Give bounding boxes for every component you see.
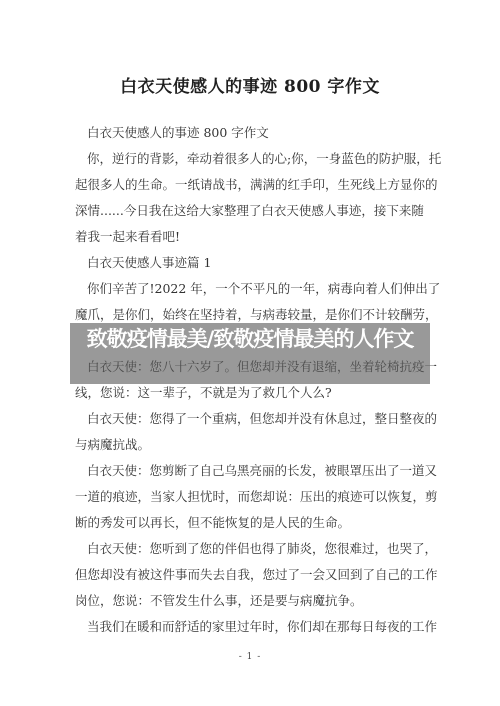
page-title: 白衣天使感人的事迹 800 字作文 — [0, 72, 500, 97]
watermark-banner-text: 致敬疫情最美/致敬疫情最美的人作文 — [70, 326, 430, 353]
doc-line: 岗位，您说：不管发生什么事，还是要与病魔抗争。 — [75, 588, 425, 614]
page-number: - 1 - — [0, 652, 500, 662]
doc-line: 起很多人的生命。一纸请战书，满满的红手印，生死线上方显你的 — [75, 172, 425, 198]
doc-line: 你们辛苦了!2022 年，一个不平凡的一年，病毒向着人们伸出了 — [75, 276, 425, 302]
doc-line: 着我一起来看看吧! — [75, 224, 425, 250]
doc-line: 深情......今日我在这给大家整理了白衣天使感人事迹，接下来随 — [75, 198, 425, 224]
doc-line: 断的秀发可以再长，但不能恢复的是人民的生命。 — [75, 510, 425, 536]
document-page: 白衣天使感人的事迹 800 字作文 白衣天使感人的事迹 800 字作文 你，逆行… — [0, 0, 500, 706]
doc-line: 白衣天使：您听到了您的伴侣也得了肺炎，您很难过，也哭了， — [75, 536, 425, 562]
doc-line: 与病魔抗战。 — [75, 432, 425, 458]
doc-section-heading: 白衣天使感人事迹篇 1 — [75, 250, 425, 276]
doc-line: 你，逆行的背影，牵动着很多人的心;你，一身蓝色的防护服，托 — [75, 146, 425, 172]
doc-line: 白衣天使：您得了一个重病，但您却并没有休息过，整日整夜的 — [75, 406, 425, 432]
doc-line: 当我们在暖和而舒适的家里过年时，你们却在那每日每夜的工作 — [75, 614, 425, 640]
doc-line: 一道的痕迹，当家人担忧时，而您却说：压出的痕迹可以恢复，剪 — [75, 484, 425, 510]
watermark-banner: 致敬疫情最美/致敬疫情最美的人作文 — [70, 323, 430, 384]
doc-line: 白衣天使：您剪断了自己乌黑亮丽的长发，被眼罩压出了一道又 — [75, 458, 425, 484]
doc-subtitle-line: 白衣天使感人的事迹 800 字作文 — [75, 120, 425, 146]
doc-line: 但您却没有被这件事而失去自我，您过了一会又回到了自己的工作 — [75, 562, 425, 588]
